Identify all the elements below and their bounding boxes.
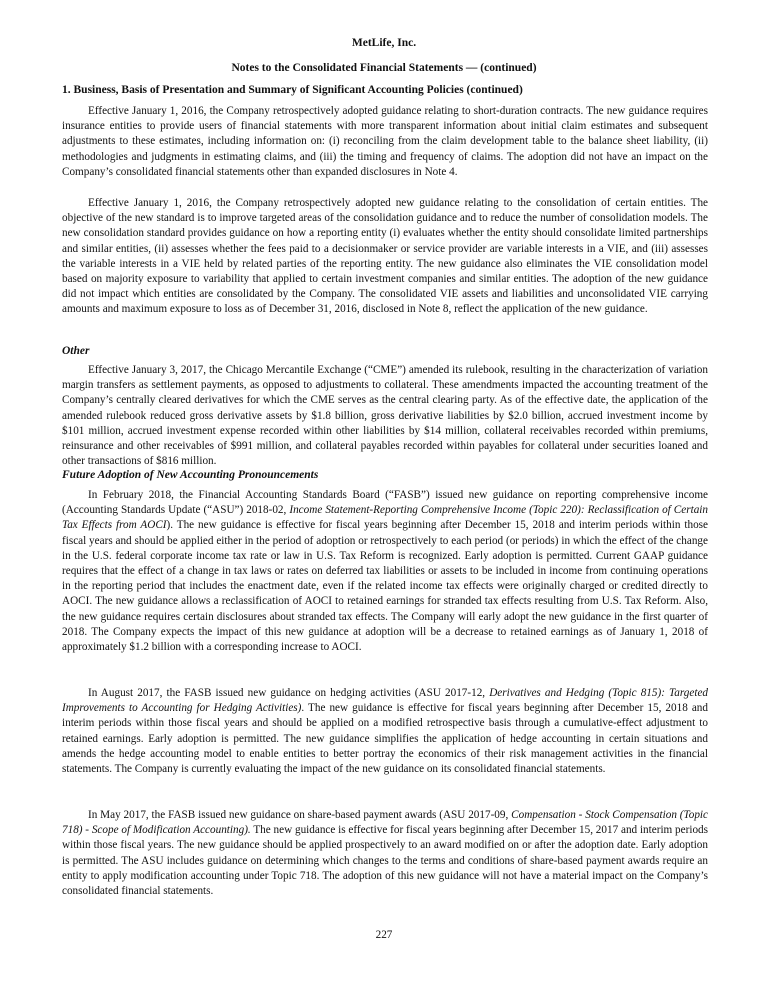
- company-name: MetLife, Inc.: [0, 37, 768, 49]
- asu-2018-02-text-b: ). The new guidance is effective for fis…: [62, 519, 708, 653]
- subheading-other: Other: [62, 345, 89, 357]
- paragraph-cme-rulebook: Effective January 3, 2017, the Chicago M…: [62, 363, 708, 469]
- page-number: 227: [0, 929, 768, 941]
- paragraph-asu-2018-02: In February 2018, the Financial Accounti…: [62, 488, 708, 655]
- asu-2017-09-text-a: In May 2017, the FASB issued new guidanc…: [88, 809, 511, 821]
- section-title: 1. Business, Basis of Presentation and S…: [62, 84, 523, 96]
- paragraph-asu-2017-09: In May 2017, the FASB issued new guidanc…: [62, 808, 708, 899]
- paragraph-short-duration-contracts: Effective January 1, 2016, the Company r…: [62, 104, 708, 180]
- asu-2017-12-text-a: In August 2017, the FASB issued new guid…: [88, 687, 489, 699]
- subheading-future-adoption: Future Adoption of New Accounting Pronou…: [62, 469, 318, 481]
- page-subtitle: Notes to the Consolidated Financial Stat…: [0, 62, 768, 74]
- paragraph-consolidation-guidance: Effective January 1, 2016, the Company r…: [62, 196, 708, 318]
- paragraph-asu-2017-12: In August 2017, the FASB issued new guid…: [62, 686, 708, 777]
